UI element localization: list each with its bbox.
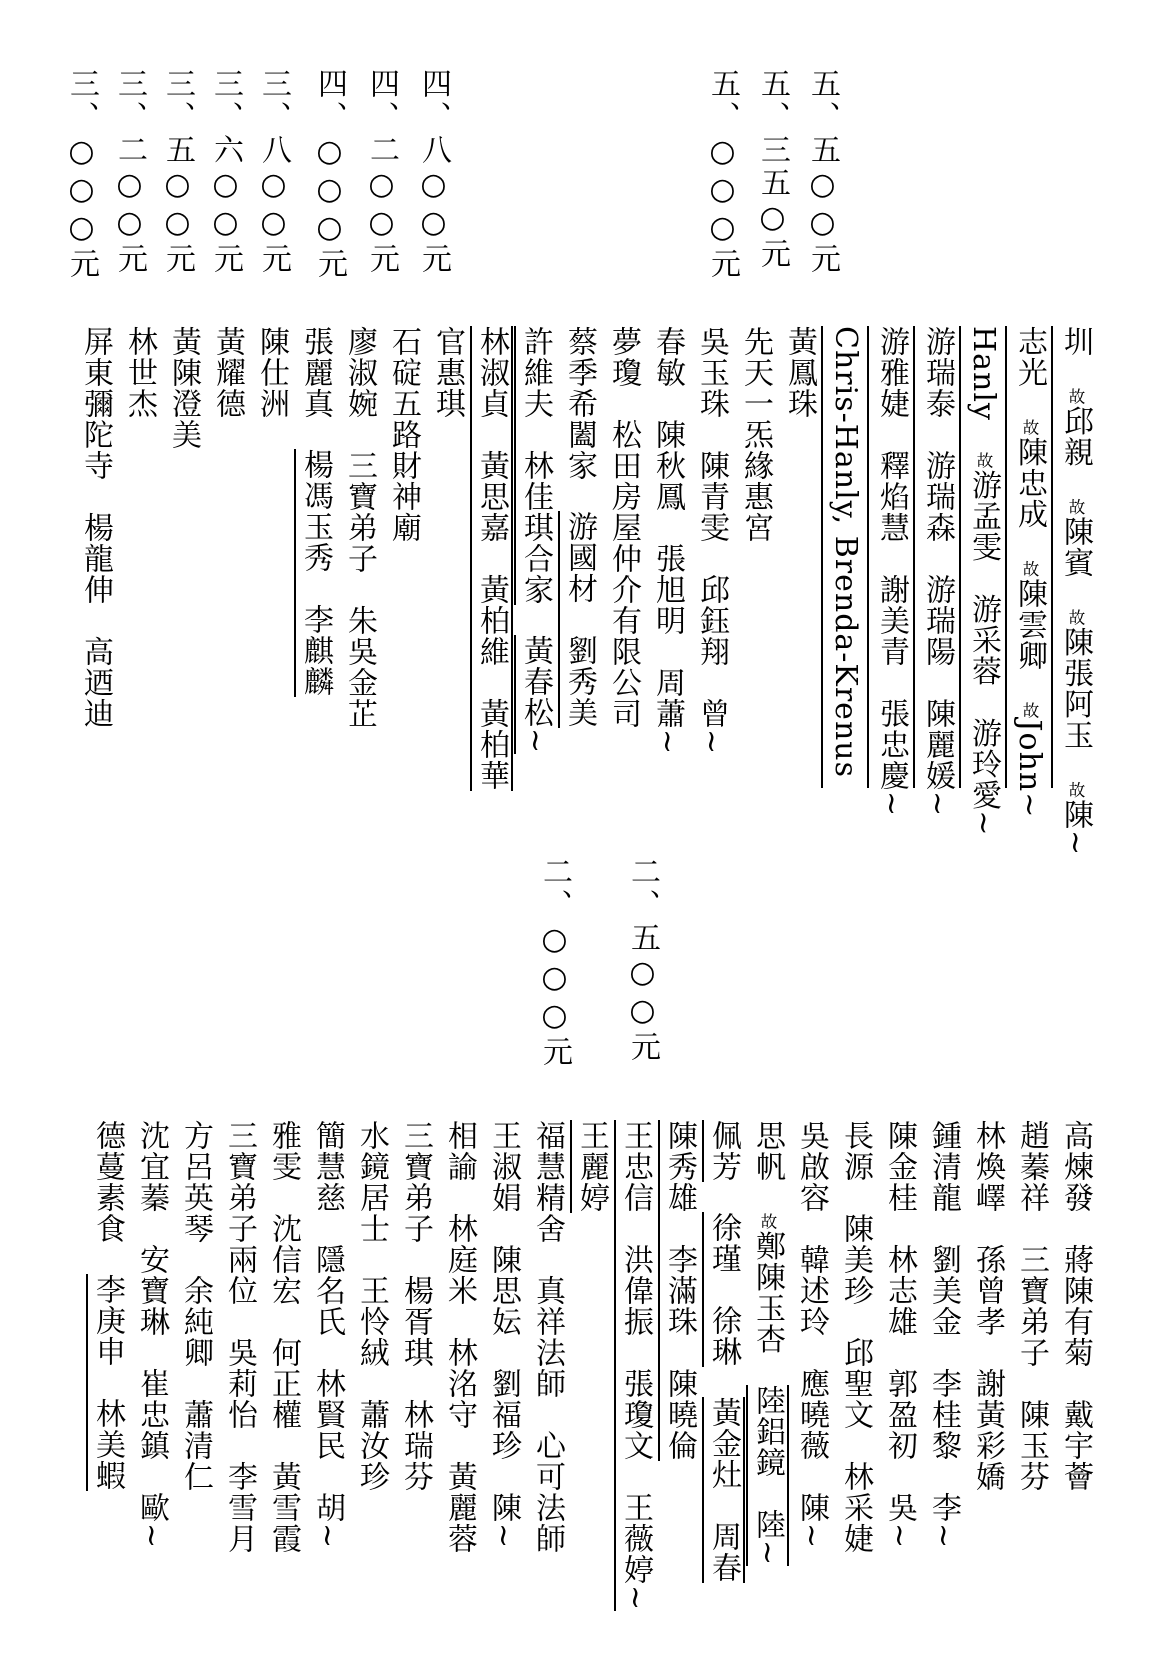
donor-names-marked: 陸鋁鏡 陸~ [746, 1385, 789, 1566]
donor-names: 簡慧慈 隱名氏 林賢民 胡~ [310, 1120, 345, 1549]
donor-column: 佩芳徐瑾 徐琳黃金灶 周春 [701, 1120, 745, 1556]
donor-names: 黃鳳珠 [782, 326, 817, 419]
donation-list-page: 五、五○○元 五、三五○元 五、○○○元 四、八○○元 四、二○○元 四、○○○… [0, 0, 1167, 1653]
donor-names-marked: 游國材 劉秀美 [558, 511, 597, 728]
donor-column: 沈宜蓁 安寶琳 崔忠鎮 歐~ [129, 1120, 173, 1556]
donor-names: 黃陳澄美 [166, 326, 201, 450]
donor-names: 游瑞泰 游瑞森 游瑞陽 陳麗媛~ [920, 326, 955, 817]
donor-names: 屏東彌陀寺 楊龍伸 高迺迪 [78, 326, 113, 729]
donor-names: 德蔓素食 [90, 1120, 125, 1244]
donor-names-marked: 王麗婷 [570, 1120, 609, 1213]
donor-names: 思帆 故鄭陳玉杏 [750, 1120, 785, 1355]
donor-names: 水鏡居士 王怜絨 蕭汝珍 [354, 1120, 389, 1492]
donor-names: 三寶弟子 楊胥琪 林瑞芬 [398, 1120, 433, 1492]
donor-column-latin-name: Chris-Hanly, Brenda-Krenus [821, 326, 867, 788]
amount-group-5000s: 五、五○○元 五、三五○元 五、○○○元 [704, 68, 840, 281]
donor-column: 鍾清龍 劉美金 李桂黎 李~ [921, 1120, 965, 1556]
donor-names-marked: 楊馮玉秀 李麒麟 [294, 449, 333, 697]
donor-names: 沈宜蓁 安寶琳 崔忠鎮 歐~ [134, 1120, 169, 1549]
amount-tier: 三、八○○元 [255, 68, 291, 281]
deceased-marker: 故 [1020, 419, 1039, 437]
deceased-marker: 故 [758, 1213, 777, 1231]
donor-names: 廖淑婉 三寶弟子 朱吳金芷 [342, 326, 377, 729]
donor-names: 圳 故邱親 故陳賓 故陳張阿玉 故陳~ [1058, 326, 1093, 856]
donor-names: 游雅婕 釋焰慧 謝美青 張忠慶~ [874, 326, 909, 817]
amount-tier: 三、六○○元 [207, 68, 243, 281]
donor-names-marked: 徐瑾 徐琳 [702, 1212, 741, 1367]
deceased-marker: 故 [1066, 609, 1085, 627]
donor-column: 王淑娟 陳思妘 劉福珍 陳~ [481, 1120, 525, 1556]
donor-column: 雅雯 沈信宏 何正權 黃雪霞 [261, 1120, 305, 1556]
donor-column: 石碇五路財神廟 [381, 326, 425, 788]
donor-column: 春敏 陳秋鳳 張旭明 周蕭~ [645, 326, 689, 788]
donor-names: Chris-Hanly, Brenda-Krenus [828, 326, 863, 778]
amount-tier: 五、○○○元 [704, 68, 740, 281]
amount-tier: 三、○○○元 [63, 68, 99, 281]
donor-column: 黃陳澄美 [161, 326, 205, 788]
donor-column: 蔡季希闔家游國材 劉秀美 [557, 326, 601, 788]
donor-column: 方呂英琴 余純卿 蕭清仁 [173, 1120, 217, 1556]
amount-tier: 四、○○○元 [311, 68, 347, 281]
donor-names: 林煥嶧 孫曾孝 謝黃彩嬌 [970, 1120, 1005, 1492]
donor-column: 黃耀德 [205, 326, 249, 788]
amount-tier: 五、五○○元 [804, 68, 840, 281]
donor-column: 長源 陳美珍 邱聖文 林采婕 [833, 1120, 877, 1556]
donor-names-marked: 陳秀雄 李滿珠 陳曉倫 [658, 1120, 697, 1461]
donor-column: 圳 故邱親 故陳賓 故陳張阿玉 故陳~ [1051, 326, 1097, 788]
donor-names: 石碇五路財神廟 [386, 326, 421, 543]
donor-column: 簡慧慈 隱名氏 林賢民 胡~ [305, 1120, 349, 1556]
donor-column: 相諭 林庭米 林洺守 黃麗蓉 [437, 1120, 481, 1556]
donor-column: 陳金桂 林志雄 郭盈初 吳~ [877, 1120, 921, 1556]
amount-group-3000s: 三、八○○元 三、六○○元 三、五○○元 三、二○○元 三、○○○元 [63, 68, 291, 281]
donor-names: 蔡季希闔家 [562, 326, 597, 481]
donor-column: 福慧精舍 真祥法師 心可法師 [525, 1120, 569, 1556]
donor-column: 張麗真楊馮玉秀 李麒麟 [293, 326, 337, 788]
donor-names: 三寶弟子兩位 吳莉怡 李雪月 [222, 1120, 257, 1554]
donor-column: 夢瓊 松田房屋仲介有限公司 [601, 326, 645, 788]
donor-names: 相諭 林庭米 林洺守 黃麗蓉 [442, 1120, 477, 1554]
deceased-marker: 故 [1066, 499, 1085, 517]
donor-names: 夢瓊 松田房屋仲介有限公司 [606, 326, 641, 729]
donor-names: 先天一炁緣惠宮 [738, 326, 773, 543]
deceased-marker: 故 [1066, 782, 1085, 800]
donor-column: 游雅婕 釋焰慧 謝美青 張忠慶~ [867, 326, 913, 788]
donor-column: 水鏡居士 王怜絨 蕭汝珍 [349, 1120, 393, 1556]
donor-names: 高煉發 蔣陳有菊 戴宇薈 [1058, 1120, 1093, 1492]
donor-names: Hanly 故游孟雯 游采蓉 游玲愛~ [966, 326, 1001, 837]
donor-names: 陳仕洲 [254, 326, 289, 419]
donor-names: 吳啟容 韓述玲 應曉薇 陳~ [794, 1120, 829, 1549]
deceased-marker: 故 [1020, 561, 1039, 579]
donor-names: 吳玉珠 陳青雯 邱鈺翔 曾~ [694, 326, 729, 755]
deceased-marker: 故 [974, 452, 993, 470]
donor-column: 屏東彌陀寺 楊龍伸 高迺迪 [73, 326, 117, 788]
amount-tier: 二、○○○元 [536, 856, 572, 1069]
donor-names: 張麗真 [298, 326, 333, 419]
donor-names: 趙蓁祥 三寶弟子 陳玉芬 [1014, 1120, 1049, 1492]
donor-names-marked: 王忠信 洪偉振 張瓊文 王薇婷~ [614, 1120, 653, 1611]
donor-column: 三寶弟子 楊胥琪 林瑞芬 [393, 1120, 437, 1556]
donor-column: 林世杰 [117, 326, 161, 788]
donor-names-marked: 黃金灶 周春 [702, 1397, 745, 1583]
deceased-marker: 故 [1066, 388, 1085, 406]
donor-names: 志光 故陳忠成 故陳雲卿 故John~ [1012, 326, 1047, 818]
donor-names: 春敏 陳秋鳳 張旭明 周蕭~ [650, 326, 685, 755]
donor-column: 陳仕洲 [249, 326, 293, 788]
donor-column: 志光 故陳忠成 故陳雲卿 故John~ [1005, 326, 1051, 788]
donor-column: 林淑貞 黃思嘉 黃柏維 黃柏華 [469, 326, 513, 788]
donor-column: 官惠琪 [425, 326, 469, 788]
donor-names: 王淑娟 陳思妘 劉福珍 陳~ [486, 1120, 521, 1549]
donor-column: 王麗婷 [569, 1120, 613, 1556]
donor-column: 三寶弟子兩位 吳莉怡 李雪月 [217, 1120, 261, 1556]
donor-names: 官惠琪 [430, 326, 465, 419]
donor-column: 廖淑婉 三寶弟子 朱吳金芷 [337, 326, 381, 788]
donor-names-marked: 黃春松~ [514, 635, 553, 754]
amount-tier: 四、八○○元 [415, 68, 451, 281]
amount-tier: 四、二○○元 [363, 68, 399, 281]
donor-column: 黃鳳珠 [777, 326, 821, 788]
donor-column: 許維夫 林佳琪合家黃春松~ [513, 326, 557, 788]
amount-group-2000s: 二、五○○元 二、○○○元 [536, 856, 660, 1069]
donor-names: 長源 陳美珍 邱聖文 林采婕 [838, 1120, 873, 1554]
upper-donor-block: 圳 故邱親 故陳賓 故陳張阿玉 故陳~ 志光 故陳忠成 故陳雲卿 故John~ … [73, 326, 1097, 788]
amount-tier: 三、五○○元 [159, 68, 195, 281]
donor-names-marked: 許維夫 林佳琪合家 [514, 326, 553, 605]
donor-names: 黃耀德 [210, 326, 245, 419]
donor-names: 鍾清龍 劉美金 李桂黎 李~ [926, 1120, 961, 1549]
donor-column: 游瑞泰 游瑞森 游瑞陽 陳麗媛~ [913, 326, 959, 788]
donor-column: 吳玉珠 陳青雯 邱鈺翔 曾~ [689, 326, 733, 788]
amount-tier: 五、三五○元 [754, 68, 790, 281]
donor-names-marked: 李庚申 林美蝦 [86, 1274, 125, 1491]
amount-group-4000s: 四、八○○元 四、二○○元 四、○○○元 [311, 68, 451, 281]
donor-column: 思帆 故鄭陳玉杏陸鋁鏡 陸~ [745, 1120, 789, 1556]
amount-tier: 三、二○○元 [111, 68, 147, 281]
donor-names: 福慧精舍 真祥法師 心可法師 [530, 1120, 565, 1554]
donor-column: 王忠信 洪偉振 張瓊文 王薇婷~ [613, 1120, 657, 1556]
donor-names: 林世杰 [122, 326, 157, 419]
deceased-marker: 故 [1020, 702, 1039, 720]
donor-names-marked: 林淑貞 黃思嘉 黃柏維 黃柏華 [470, 326, 513, 791]
donor-column: 林煥嶧 孫曾孝 謝黃彩嬌 [965, 1120, 1009, 1556]
donor-column: 德蔓素食李庚申 林美蝦 [85, 1120, 129, 1556]
donor-column: Hanly 故游孟雯 游采蓉 游玲愛~ [959, 326, 1005, 788]
donor-names-marked: 佩芳 [702, 1120, 741, 1182]
donor-names: 陳金桂 林志雄 郭盈初 吳~ [882, 1120, 917, 1549]
donor-column: 吳啟容 韓述玲 應曉薇 陳~ [789, 1120, 833, 1556]
donor-column: 陳秀雄 李滿珠 陳曉倫 [657, 1120, 701, 1556]
donor-column: 先天一炁緣惠宮 [733, 326, 777, 788]
donor-names: 雅雯 沈信宏 何正權 黃雪霞 [266, 1120, 301, 1554]
donor-column: 趙蓁祥 三寶弟子 陳玉芬 [1009, 1120, 1053, 1556]
donor-column: 高煉發 蔣陳有菊 戴宇薈 [1053, 1120, 1097, 1556]
lower-donor-block: 高煉發 蔣陳有菊 戴宇薈 趙蓁祥 三寶弟子 陳玉芬 林煥嶧 孫曾孝 謝黃彩嬌 鍾… [85, 1120, 1097, 1556]
amount-tier: 二、五○○元 [624, 856, 660, 1069]
donor-names: 方呂英琴 余純卿 蕭清仁 [178, 1120, 213, 1492]
